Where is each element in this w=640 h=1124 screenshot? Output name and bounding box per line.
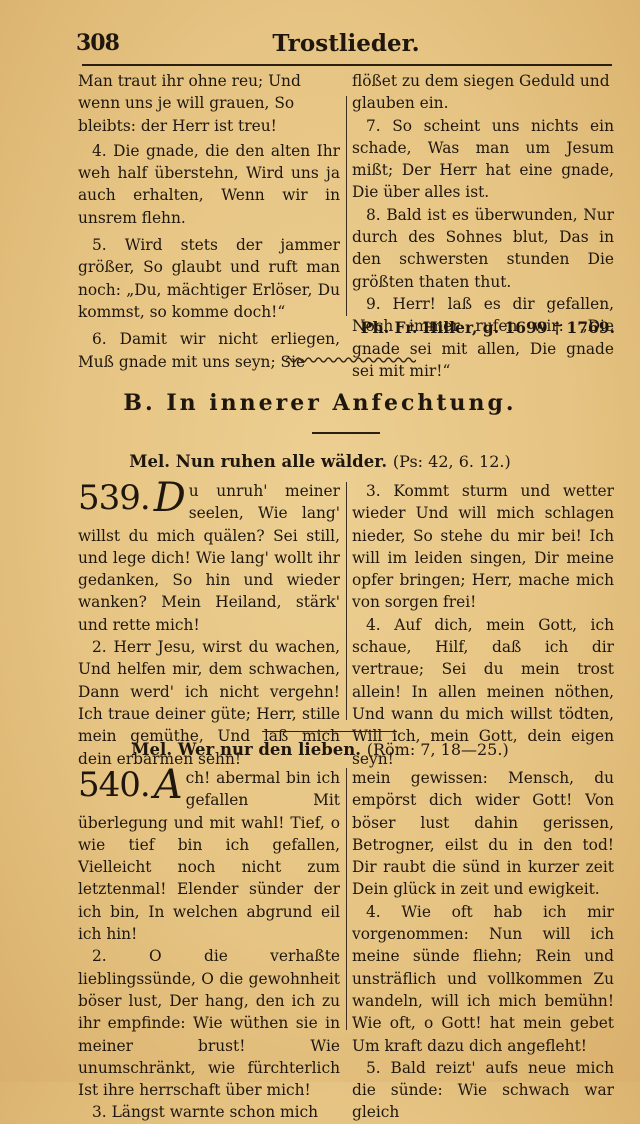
melody-label: Mel.	[129, 452, 170, 471]
section-heading: B. In innerer Anfechtung.	[0, 390, 640, 416]
hymn-539-right-column: 3. Kommt sturm und wetter wieder Und wil…	[352, 480, 614, 770]
verse-8: 8. Bald ist es überwunden, Nur durch des…	[352, 204, 614, 293]
hymn-number: 540.	[78, 768, 150, 802]
hymn-divider	[262, 731, 397, 732]
verse-continuation: Man traut ihr ohne reu; Und wenn uns je …	[78, 70, 340, 137]
hymn-540-right-column: mein gewissen: Mensch, du empörst dich w…	[352, 767, 614, 1082]
author-attribution: Ph. Fr. Hiller, g. 1699 † 1769.	[360, 318, 615, 337]
hymn-540-verse-5: 5. Bald reizt' aufs neue mich die sünde:…	[352, 1057, 614, 1082]
top-left-column: Man traut ihr ohne reu; Und wenn uns je …	[78, 70, 340, 373]
header-rule	[82, 64, 612, 66]
hymn-540-verse-1: 540.Ach! abermal bin ich gefallen Mit üb…	[78, 767, 340, 945]
verse-5: 5. Wird stets der jammer größer, So glau…	[78, 234, 340, 323]
column-divider	[346, 96, 347, 316]
drop-initial: A	[154, 765, 183, 805]
scripture-reference: (Ps: 42, 6. 12.)	[393, 452, 511, 471]
hymn-539-verse-3: 3. Kommt sturm und wetter wieder Und wil…	[352, 480, 614, 614]
hymn-540-verse-2: 2. O die verhaßte lieblingssünde, O die …	[78, 945, 340, 1082]
column-divider	[346, 768, 347, 1030]
melody-line-540: Mel. Wer nur den lieben. (Röm: 7, 18—25.…	[0, 740, 640, 759]
scripture-reference: (Röm: 7, 18—25.)	[367, 740, 509, 759]
hymn-539-verse-1: 539.Du unruh' meiner seelen, Wie lang' w…	[78, 480, 340, 636]
verse-7: 7. So scheint uns nichts ein schade, Was…	[352, 115, 614, 204]
melody-title: Nun ruhen alle wälder.	[176, 452, 387, 471]
page-header: 308 Trostlieder.	[76, 28, 616, 62]
verse-4: 4. Die gnade, die den alten Ihr weh half…	[78, 140, 340, 229]
section-rule	[312, 432, 380, 434]
drop-initial: D	[154, 478, 186, 518]
melody-label: Mel.	[131, 740, 172, 759]
column-divider	[346, 482, 347, 720]
hymn-540-verse-continuation: mein gewissen: Mensch, du empörst dich w…	[352, 767, 614, 901]
hymn-540-left-column: 540.Ach! abermal bin ich gefallen Mit üb…	[78, 767, 340, 1082]
wavy-divider	[286, 356, 416, 364]
hymn-539-left-column: 539.Du unruh' meiner seelen, Wie lang' w…	[78, 480, 340, 770]
melody-title: Wer nur den lieben.	[178, 740, 361, 759]
hymn-540-verse-4: 4. Wie oft hab ich mir vorgenommen: Nun …	[352, 901, 614, 1057]
melody-line-539: Mel. Nun ruhen alle wälder. (Ps: 42, 6. …	[0, 452, 640, 471]
running-title: Trostlieder.	[76, 30, 616, 57]
verse-6: 6. Damit wir nicht erliegen, Muß gnade m…	[78, 328, 340, 373]
verse-9: 9. Herr! laß es dir gefallen, Noch immer…	[352, 293, 614, 382]
verse-continuation: flößet zu dem siegen Geduld und glauben …	[352, 70, 614, 115]
hymn-number: 539.	[78, 481, 150, 515]
hymnal-page: 308 Trostlieder. Man traut ihr ohne reu;…	[0, 0, 640, 1082]
